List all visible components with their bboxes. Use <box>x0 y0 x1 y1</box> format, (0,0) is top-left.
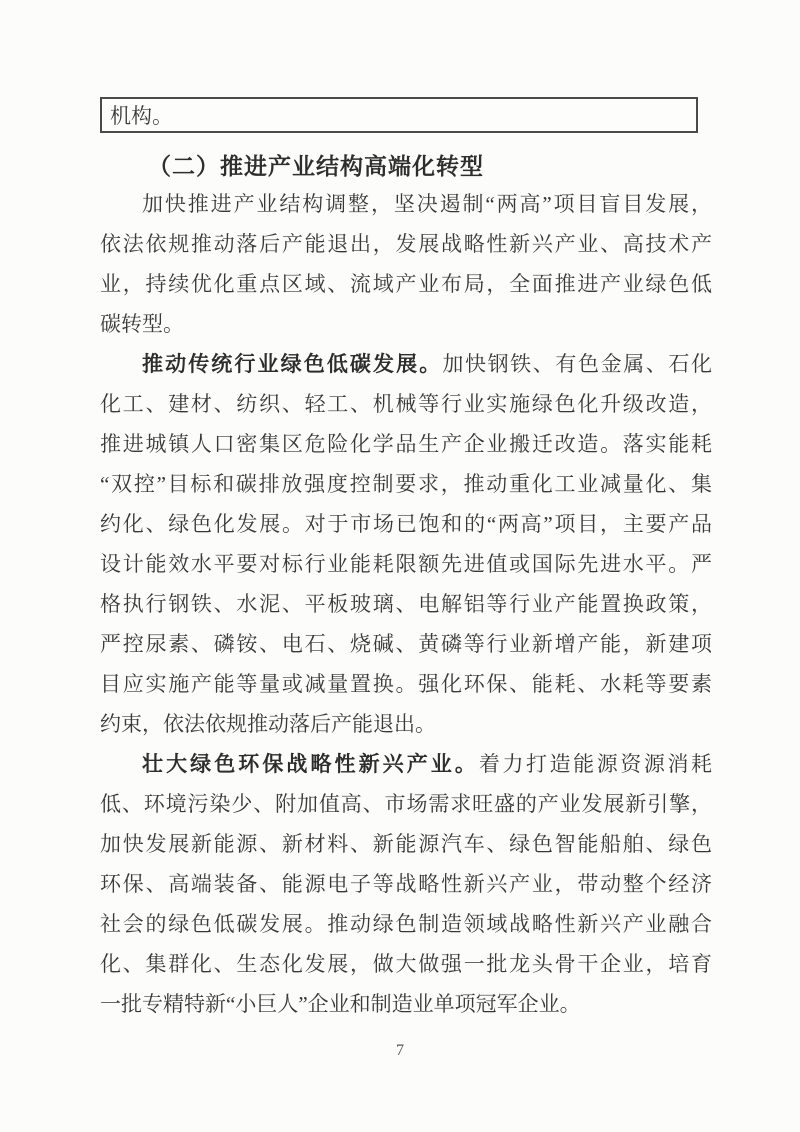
text-line: 严控尿素、磷铵、电石、烧碱、黄磷等行业新增产能，新建项 <box>100 624 712 664</box>
text-line: 加快发展新能源、新材料、新能源汽车、绿色智能船舶、绿色 <box>100 824 712 864</box>
text-line: 社会的绿色低碳发展。推动绿色制造领域战略性新兴产业融合 <box>100 904 712 944</box>
page-number: 7 <box>0 1042 800 1060</box>
text-line: “双控”目标和碳排放强度控制要求，推动重化工业减量化、集 <box>100 464 712 504</box>
text-line: 壮大绿色环保战略性新兴产业。着力打造能源资源消耗 <box>100 744 712 784</box>
text-line: 依法依规推动落后产能退出，发展战略性新兴产业、高技术产 <box>100 224 712 264</box>
document-page: 机构。 （二）推进产业结构高端化转型 加快推进产业结构调整，坚决遏制“两高”项目… <box>0 0 800 1132</box>
text-line: 约束，依法依规推动落后产能退出。 <box>100 704 712 744</box>
callout-box-text: 机构。 <box>110 104 173 128</box>
text-line: 格执行钢铁、水泥、平板玻璃、电解铝等行业产能置换政策， <box>100 584 712 624</box>
text-line: 化、集群化、生态化发展，做大做强一批龙头骨干企业，培育 <box>100 944 712 984</box>
body-text: 加快推进产业结构调整，坚决遏制“两高”项目盲目发展，依法依规推动落后产能退出，发… <box>100 184 712 1024</box>
text-line: 推动传统行业绿色低碳发展。加快钢铁、有色金属、石化 <box>100 344 712 384</box>
bold-lead-text: 推动传统行业绿色低碳发展。 <box>142 352 442 376</box>
text-line: 设计能效水平要对标行业能耗限额先进值或国际先进水平。严 <box>100 544 712 584</box>
text-line: 一批专精特新“小巨人”企业和制造业单项冠军企业。 <box>100 984 712 1024</box>
text-line: 约化、绿色化发展。对于市场已饱和的“两高”项目，主要产品 <box>100 504 712 544</box>
callout-box: 机构。 <box>100 97 698 133</box>
text-line: 环保、高端装备、能源电子等战略性新兴产业，带动整个经济 <box>100 864 712 904</box>
text-line: 推进城镇人口密集区危险化学品生产企业搬迁改造。落实能耗 <box>100 424 712 464</box>
bold-lead-text: 壮大绿色环保战略性新兴产业。 <box>142 752 479 776</box>
section-heading: （二）推进产业结构高端化转型 <box>148 148 484 181</box>
text-line: 业，持续优化重点区域、流域产业布局，全面推进产业绿色低 <box>100 264 712 304</box>
text-line: 低、环境污染少、附加值高、市场需求旺盛的产业发展新引擎， <box>100 784 712 824</box>
text-line: 加快推进产业结构调整，坚决遏制“两高”项目盲目发展， <box>100 184 712 224</box>
text-line: 目应实施产能等量或减量置换。强化环保、能耗、水耗等要素 <box>100 664 712 704</box>
text-line: 化工、建材、纺织、轻工、机械等行业实施绿色化升级改造， <box>100 384 712 424</box>
text-line: 碳转型。 <box>100 304 712 344</box>
